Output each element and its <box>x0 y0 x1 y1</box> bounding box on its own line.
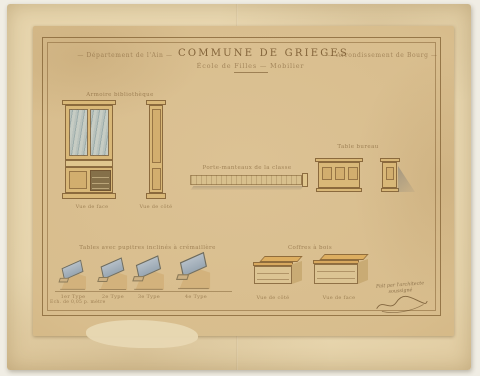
pupitre-seat <box>176 274 189 280</box>
signature-block: Fait par l'architecte soussigné <box>369 281 433 315</box>
chest-side <box>358 259 368 284</box>
rack-end-piece <box>302 173 308 187</box>
chest-line <box>257 279 289 280</box>
rack-board <box>190 175 302 185</box>
side-body <box>149 105 163 193</box>
side-plinth <box>146 193 166 199</box>
desk-panel <box>348 167 358 180</box>
shelf-line <box>92 188 109 189</box>
chest-line <box>317 271 355 272</box>
page-title: COMMUNE DE GRIEGES <box>178 48 323 59</box>
pupitre-base <box>60 289 85 290</box>
desk-panel <box>335 167 345 180</box>
glazed-door-right <box>90 109 109 156</box>
scale-note: Ech. de 0,05 p. mètre <box>50 300 106 305</box>
shelf-line <box>92 183 109 184</box>
rack-caption: Porte-manteaux de la classe <box>197 165 297 171</box>
bookcase-drawer-band <box>65 160 113 167</box>
bookcase-plinth <box>62 193 116 199</box>
bookcase-lower-body <box>65 167 113 193</box>
pupitre-base <box>178 288 209 289</box>
subtitle-underline <box>234 72 268 73</box>
pupitre-type-label-3: 3e Type <box>134 294 164 300</box>
desk-side-plinth <box>381 188 399 192</box>
header-right: — Arrondissement de Bourg — <box>325 52 440 59</box>
bookcase-caption: Armoire bibliothèque <box>70 92 170 98</box>
pupitre-type-1 <box>58 262 87 290</box>
desk-body <box>318 162 360 188</box>
pupitre-base <box>134 289 163 290</box>
header-left: — Département de l'Ain — <box>70 52 180 59</box>
desk-caption: Table bureau <box>318 144 398 150</box>
side-upper-panel <box>152 109 161 163</box>
pupitre-type-label-4: 4e Type <box>180 294 212 300</box>
glazed-door-left <box>69 109 88 156</box>
bookcase-upper-body <box>65 105 113 160</box>
pupitre-type-3 <box>132 258 166 290</box>
pupitres-baseline <box>55 291 232 292</box>
page-subtitle: École de Filles — Mobilier <box>178 62 323 70</box>
chest-body <box>314 264 358 284</box>
lower-door-panel <box>69 171 87 189</box>
pupitre-seat <box>58 278 69 283</box>
desk-side-body <box>382 162 397 188</box>
chest-body <box>254 266 292 284</box>
bookcase-side-label: Vue de côté <box>138 204 174 210</box>
pupitres-caption: Tables avec pupitres inclinés à crémaill… <box>75 245 220 251</box>
pupitre-type-2 <box>97 260 129 290</box>
desk-side-panel <box>386 167 394 180</box>
desk-plinth <box>316 188 362 192</box>
chest-line <box>317 278 355 279</box>
pupitre-seat <box>132 276 144 281</box>
scanned-drawing-page: — Département de l'Ain — COMMUNE DE GRIE… <box>0 0 480 376</box>
chest-side <box>292 261 302 284</box>
pupitre-seat <box>97 277 109 282</box>
pupitre-base <box>99 289 126 290</box>
desk-panel <box>322 167 332 180</box>
rack-shadow <box>191 186 304 190</box>
chest-right-label: Vue de face <box>318 295 360 301</box>
chest-left-label: Vue de côté <box>252 295 294 301</box>
chest-line <box>257 273 289 274</box>
pupitre-type-4 <box>176 255 212 289</box>
chests-caption: Coffres à bois <box>255 245 365 251</box>
side-lower-panel <box>152 168 161 190</box>
bookcase-front-label: Vue de face <box>72 204 112 210</box>
shelf-line <box>92 177 109 178</box>
lower-open-compartment <box>90 170 111 191</box>
